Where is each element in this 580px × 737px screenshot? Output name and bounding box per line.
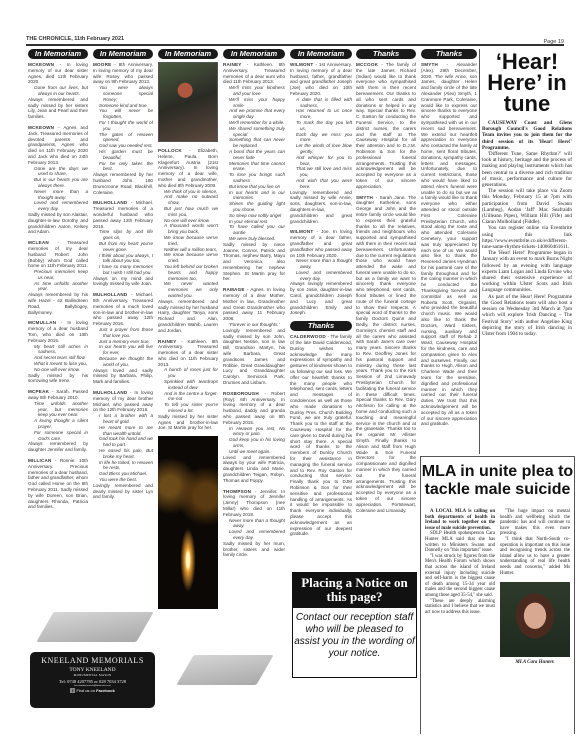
- verse: Gone from our lives, but always in our h…: [28, 85, 88, 97]
- notice-text: - Elizabeth, Helene, Paula. Born Klagenf…: [158, 148, 218, 188]
- column-thanks-7: Thanks SMYTH - Alexander (Alex). 29th De…: [421, 49, 477, 454]
- verse: Time slips by and life goes on,But from …: [93, 229, 153, 275]
- book-cross-icon: [36, 612, 153, 642]
- ad-email: kneelandmemorials@btinternet.com: [30, 684, 155, 687]
- notice-signoff: Always remembered by daughter Jennifer a…: [28, 441, 88, 453]
- notice-signoff: Sadly missed by her sister Agnes and bro…: [158, 414, 218, 431]
- facebook-link[interactable]: f Find us on Facebook: [30, 688, 155, 693]
- section-header: Thanks: [356, 49, 416, 59]
- notice-entry: MULHOLLAND - Michael. 5th Anniversary. T…: [93, 292, 153, 385]
- notice-signoff: Sadly missed by niece Joanne, Connor, Pa…: [223, 242, 285, 283]
- notice-text: - The family of the late David Calderwoo…: [290, 334, 352, 536]
- photo-caption: MLA Cara Hunter.: [500, 660, 570, 666]
- column-memoriam-3: In Memoriam POLLOCK - Elizabeth, Helene,…: [158, 49, 218, 609]
- notice-surname: MILLICAN: [28, 458, 52, 463]
- notice-surname: MCKEOWN: [28, 125, 54, 130]
- mla-headline: MLA in unite plea to tackle male suicide: [421, 463, 574, 499]
- section-header: In Memoriam: [93, 49, 153, 59]
- notice-entry: MCKEOWN - In loving memory of our dear s…: [28, 62, 88, 120]
- notice-surname: MCPEAK: [28, 389, 49, 394]
- notice-signoff: Sadly missed by his sorrowing wife Irene…: [28, 373, 88, 385]
- book-cross-icon: [176, 655, 273, 685]
- notice-entry: THOMPSON - Jennifer. In loving memory of…: [223, 489, 285, 559]
- section-header: In Memoriam: [28, 49, 88, 59]
- publication-date: THE CHRONICLE, 11th February 2021: [26, 36, 124, 42]
- notice-entry: MCPEAK - Sarah. Passed away 8th February…: [28, 389, 88, 453]
- notice-entry: MCLEAN - Treasured memories of my dear h…: [28, 240, 88, 315]
- verse: Precious memories keep us near,As time u…: [28, 269, 88, 292]
- notice-text: - Michael. 5th Anniversary. Treasured me…: [93, 292, 153, 326]
- section-header: In Memoriam: [290, 49, 352, 59]
- notice-text: - Robert (Roy). 6th Anniversary. In lovi…: [223, 391, 285, 425]
- column-memoriam-5: In Memoriam WILMONT - 1st Anniversary. I…: [290, 49, 352, 569]
- notice-surname: RAINEY: [223, 62, 242, 67]
- notice-text: - 1st Anniversary. In loving memory of a…: [290, 62, 352, 96]
- notice-entry: SMYTH - Alexander (Alex). 29th December,…: [421, 62, 477, 427]
- notice-surname: WILMONT: [290, 62, 313, 67]
- article-paragraph: "The huge impact on mental health and we…: [500, 509, 570, 537]
- notice-signoff: Lovingly remembered and sadly missed by …: [290, 190, 352, 225]
- notice-text: - Sarah Jane. The daughter Katherine, so…: [356, 195, 416, 513]
- notice-surname: MULHOLLAND: [93, 390, 127, 395]
- column-memoriam-1: In Memoriam MCKEOWN - In loving memory o…: [28, 49, 88, 609]
- notice-signoff: Always lovingly remembered by son Josie,…: [290, 281, 352, 316]
- verse: A bunch of roses just for youSprinkled w…: [158, 367, 218, 413]
- verse: 'Forever in our thoughts.': [223, 322, 285, 328]
- verse: We'll miss your kindness and your loveWe…: [223, 85, 285, 242]
- verse: A date that is filled with sadness,Has r…: [290, 97, 352, 190]
- masthead: THE CHRONICLE, 11th February 2021 Page 1…: [26, 36, 564, 46]
- notice-title: Placing a Notice on this page?: [293, 573, 416, 608]
- section-header: In Memoriam: [158, 49, 218, 59]
- notice-surname: MCCOOK: [356, 62, 378, 67]
- notice-signoff: Sadly missed by her mum, brother, sister…: [223, 541, 285, 558]
- notice-text: - Agnes. In loving memory of a dear Moth…: [223, 287, 285, 321]
- section-header: Thanks: [290, 321, 352, 331]
- notice-signoff: Sadly missed by son Alastair, daughter-i…: [28, 212, 88, 235]
- verse: Gone are the days we used to share,But i…: [28, 166, 88, 212]
- notice-surname: MULHOLLAND: [93, 200, 127, 205]
- article-paragraph: The 'Hear! Here!' Programme began in Jan…: [482, 250, 572, 293]
- notice-surname: MCLEAN: [28, 240, 49, 245]
- verse: Just a prayer from those that love you.J…: [93, 327, 153, 368]
- verse: Never more than a thought away,Loved and…: [290, 258, 352, 281]
- article-paragraph: "I was struck by figures from the Men's …: [425, 554, 495, 599]
- notice-surname: ROXBOROUGH: [223, 391, 259, 396]
- notice-entry: RAINEY - Kathleen. 8th Anniversary. Trea…: [158, 339, 218, 432]
- notice-text: - The family of the late James Richard (…: [356, 62, 416, 189]
- notice-entry: MILLICAN - Ronnie. 10th Anniversary. Pre…: [28, 458, 88, 510]
- notice-surname: WILMONT: [290, 229, 313, 234]
- column-thanks-6: Thanks MCCOOK - The family of the late J…: [356, 49, 416, 569]
- notice-signoff: Always on my mind and lovingly missed by…: [93, 276, 153, 288]
- notice-entry: WILMONT - 1st Anniversary. In loving mem…: [290, 62, 352, 224]
- notice-entry: MULHOLLAND - Michael. Treasured memories…: [93, 200, 153, 287]
- verse: In Heaven you rest, No worry or pain.God…: [223, 426, 285, 455]
- ad-role: MONUMENTAL MASON: [30, 673, 155, 677]
- notice-surname: SMYTH: [421, 62, 438, 67]
- notice-text: - Ronnie. 10th Anniversary. Precious mem…: [28, 458, 88, 509]
- notice-surname: RAMAGE: [223, 287, 245, 292]
- verse: Never more than a thought away.Loved and…: [223, 518, 285, 541]
- notice-surname: THOMPSON: [223, 489, 251, 494]
- column-memoriam-4: In Memoriam RAINEY - Kathleen. 8th Anniv…: [223, 49, 285, 644]
- verse: I lost a brother with a heart of gold.He…: [93, 413, 153, 483]
- notice-surname: POLLOCK: [158, 148, 182, 153]
- notice-entry: ROXBOROUGH - Robert (Roy). 6th Anniversa…: [223, 391, 285, 484]
- article-paragraph: SDLP Health spokesperson Cara Hunter MLA…: [425, 531, 495, 553]
- notice-entry: CALDERWOOD - The family of the late Davi…: [290, 334, 352, 537]
- cara-hunter-photo: [500, 582, 570, 657]
- notice-entry: RAMAGE - Agnes. In loving memory of a de…: [223, 287, 285, 386]
- notice-surname: SMYTH: [356, 195, 373, 200]
- article-paragraph: "These are deeply alarming statistics an…: [425, 599, 495, 616]
- hear-headline: ‘Hear! Here’ in tune: [482, 51, 572, 114]
- notice-signoff: Lovingly remembered and sadly missed by …: [223, 328, 285, 386]
- ad-business-name: KNEELAND MEMORIALS: [30, 656, 155, 665]
- section-header: Thanks: [421, 49, 477, 59]
- notice-entry: MOORE - 8th Anniversary. In loving memor…: [93, 62, 153, 195]
- notice-entry: WILMONT - Joe. In loving memory of a dea…: [290, 229, 352, 316]
- hear-lead: CAUSEWAY Coast and Glens Borough Council…: [482, 120, 572, 151]
- notice-signoff: Always remembered by his wife Hazel - 42…: [28, 292, 88, 315]
- notice-body: Contact our reception staff who will be …: [293, 608, 416, 660]
- section-header: In Memoriam: [223, 49, 285, 59]
- placing-notice-box: Placing a Notice on this page? Contact o…: [292, 572, 417, 678]
- article-paragraph: The session will take place via Zoom thi…: [482, 188, 572, 225]
- notice-signoff: Always loved and sadly missed by Barbara…: [93, 368, 153, 385]
- notice-entry: MCCOOK - The family of the late James Ri…: [356, 62, 416, 190]
- notice-entry: MULHOLLAND - In loving memory of my dear…: [93, 390, 153, 500]
- verse: You were always someone special Rosey;So…: [93, 85, 153, 172]
- notice-signoff: Lovingly remembered and dearly missed by…: [93, 483, 153, 500]
- notice-surname: CALDERWOOD: [290, 334, 326, 339]
- article-paragraph: You can register online via Eventbrite u…: [482, 225, 572, 250]
- notice-entry: POLLOCK - Elizabeth, Helene, Paula. Born…: [158, 148, 218, 334]
- pollock-photo: [158, 62, 218, 142]
- notice-text: - Agnes and Jack. Treasured memories of …: [28, 125, 88, 165]
- verse: Time unfolds another year, but memories …: [28, 401, 88, 442]
- notice-surname: MULHOLLAND: [93, 292, 127, 297]
- column-memoriam-2: In Memoriam MOORE - 8th Anniversary. In …: [93, 49, 153, 639]
- verse: My heart still aches in sadness,And secr…: [28, 344, 88, 373]
- mla-article: MLA in unite plea to tackle male suicide…: [420, 456, 575, 734]
- notice-surname: MOORE: [93, 62, 111, 67]
- notice-signoff: Always remembered and sadly missed by he…: [28, 97, 88, 120]
- notice-entry: RAINEY - Kathleen. 8th Anniversary. Trea…: [223, 62, 285, 282]
- verse: We think of you in silence,And make no o…: [158, 189, 218, 299]
- mla-lead: A LOCAL MLA is calling on both departmen…: [425, 509, 495, 531]
- notice-surname: RAINEY: [158, 339, 177, 344]
- page-number: Page 19: [544, 39, 565, 45]
- notice-surname: MCMULLAN: [28, 320, 56, 325]
- notice-signoff: Loved and remembered always by your wife…: [223, 455, 285, 484]
- notice-entry: SMYTH - Sarah Jane. The daughter Katheri…: [356, 195, 416, 514]
- notice-signoff: Always remembered and sadly missed by he…: [158, 299, 218, 334]
- column-divider: [479, 49, 480, 454]
- notice-signoff: Always remembered by her husband John. 1…: [93, 172, 153, 195]
- article-paragraph: 'Different Tune, Same Rhythm?' will look…: [482, 151, 572, 188]
- hear-here-article: ‘Hear! Here’ in tune CAUSEWAY Coast and …: [482, 49, 572, 337]
- notice-entry: MCKEOWN - Agnes and Jack. Treasured memo…: [28, 125, 88, 235]
- article-paragraph: "I think that North-South co-operation i…: [500, 537, 570, 576]
- notice-entry: MCMULLAN - In loving memory of a dear hu…: [28, 320, 88, 384]
- kneeland-memorials-ad: KNEELAND MEMORIALS TONY KNEELAND MONUMEN…: [30, 652, 155, 708]
- candle-image: [158, 436, 218, 609]
- notice-surname: MCKEOWN: [28, 62, 54, 67]
- facebook-icon: f: [70, 688, 75, 693]
- article-paragraph: As part of the Hear! Here! Programme the…: [482, 294, 572, 337]
- notice-text: - Alexander (Alex). 29th December, 2020.…: [421, 62, 477, 426]
